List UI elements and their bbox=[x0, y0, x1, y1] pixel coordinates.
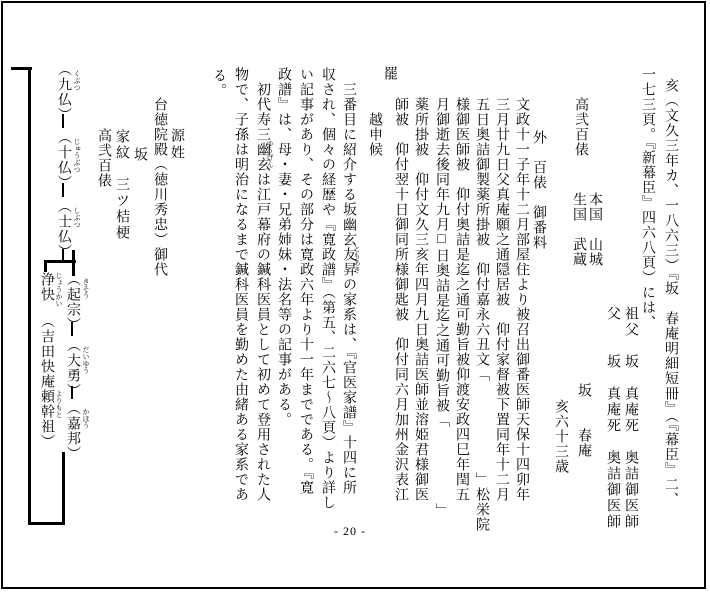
record-stipend: 高弐百俵 bbox=[570, 97, 590, 157]
record-era: 台徳院殿（徳川秀忠）御代 bbox=[149, 97, 169, 277]
commentary-line: い記事があり、その部分は寛政六年より十一年までである。『寛 bbox=[295, 67, 315, 495]
record-crest: 家紋 三ツ桔梗 bbox=[111, 129, 131, 241]
quote-line: 文政十一子年十二月部屋住より被召出御番医師天保十四卯年 bbox=[511, 97, 531, 502]
commentary-line: 三番目に紹介する坂幽玄友昇の家系は、『官医家譜』十四に所 bbox=[338, 82, 358, 495]
branch-stub-left bbox=[44, 260, 47, 272]
commentary-line: 政譜』は、母・妻・兄弟姉妹・法名等の記事がある。 bbox=[273, 67, 293, 427]
genealogy-node-yoshida: （吉田快庵頼幹祖） bbox=[36, 314, 56, 449]
citation-line-1: 亥（文久三年カ、一八六三）『坂 春庵明細短冊』（『幕臣』二、 bbox=[660, 78, 680, 507]
furigana-jokai: じょうかい bbox=[54, 272, 63, 307]
record-clan: 源姓 bbox=[166, 128, 186, 162]
furigana-kubutsu: くぶつ bbox=[72, 70, 81, 91]
quote-line: 様御医師被 仰付奥詰是迄之通可勤旨被仰渡安政四巳年閏五 bbox=[451, 97, 471, 502]
genealogy-node-jubutsu: （十仏） bbox=[53, 130, 73, 190]
genealogy-node-kaho: （嘉邦） bbox=[62, 401, 82, 461]
furigana-tomoaki: ともあき bbox=[352, 245, 361, 273]
record-family-name: 坂 bbox=[129, 147, 149, 162]
furigana-kiso: きそう bbox=[81, 278, 90, 299]
record-native-province: 生国 武蔵 bbox=[568, 192, 588, 267]
record-father: 父 坂 真庵死 奥詰御医師 bbox=[602, 306, 622, 530]
genealogy-node-jokai: 浄快 bbox=[36, 272, 56, 302]
furigana-yorimoto: よりもと bbox=[54, 390, 63, 418]
citation-line-2: 一七三頁。『新幕臣』四六八頁）には、 bbox=[637, 67, 657, 330]
furigana-kaho: かほう bbox=[81, 408, 90, 429]
genealogy-node-kubutsu: （九仏） bbox=[53, 62, 73, 122]
document-page: 亥（文久三年カ、一八六三）『坂 春庵明細短冊』（『幕臣』二、 一七三頁。『新幕臣… bbox=[0, 0, 710, 599]
continuation-line-left bbox=[28, 67, 31, 525]
commentary-line: 物で、子孫は明治になるまで鍼科医員を勤めた由緒ある家系であ bbox=[230, 67, 250, 502]
furigana-jubutsu: じゅうぶつ bbox=[72, 138, 81, 173]
descent-line bbox=[62, 249, 64, 260]
quote-closing-char: 罷 bbox=[379, 66, 399, 81]
quote-line: 薬所掛被 仰付文久三亥年四月九日奥詰医師並溶姫君様御医 bbox=[410, 97, 430, 502]
furigana-daiyu: だいゆう bbox=[81, 346, 90, 374]
commentary-line: る。 bbox=[208, 68, 228, 98]
quote-closing-rest: 越申候 bbox=[364, 112, 384, 157]
furigana-yugen: ゆうげん bbox=[265, 140, 274, 168]
record-age: 亥六十三歳 bbox=[550, 399, 570, 474]
quote-line: 三月廿九日父真庵願之通隠居被 仰付家督被下置同年十二月 bbox=[491, 97, 511, 502]
continuation-line-bottom bbox=[28, 522, 65, 525]
descent-line bbox=[62, 114, 64, 128]
quote-line: 月御逝去後同年九月□日奥詰是迄之通可勤旨被「 」 bbox=[431, 97, 451, 518]
furigana-shibutsu: しぶつ bbox=[72, 207, 81, 228]
record-extra-stipend: 外 百俵 御番料 bbox=[528, 130, 548, 250]
descent-line bbox=[71, 386, 73, 399]
descent-line bbox=[62, 183, 64, 197]
quote-line: 五日奥詰御製薬所掛被 仰付嘉永六丑文「 」松栄院 bbox=[471, 97, 491, 532]
record-person-name: 坂 春庵 bbox=[573, 383, 593, 458]
page-number: - 20 - bbox=[334, 524, 366, 539]
quote-line: 師被 仰付翌十日御同所様御匙被 仰付同六月加州金沢表江 bbox=[390, 97, 410, 502]
commentary-line: 収され、個々の経歴や『寛政譜』（第五、二六七〜八頁）より詳し bbox=[317, 67, 337, 510]
record-grandfather: 祖父 坂 真庵死 奥詰御医師 bbox=[620, 306, 640, 530]
continuation-line-stub bbox=[62, 452, 65, 525]
descent-line bbox=[71, 322, 73, 336]
record-stipend-2: 高弐百俵 bbox=[93, 128, 113, 188]
